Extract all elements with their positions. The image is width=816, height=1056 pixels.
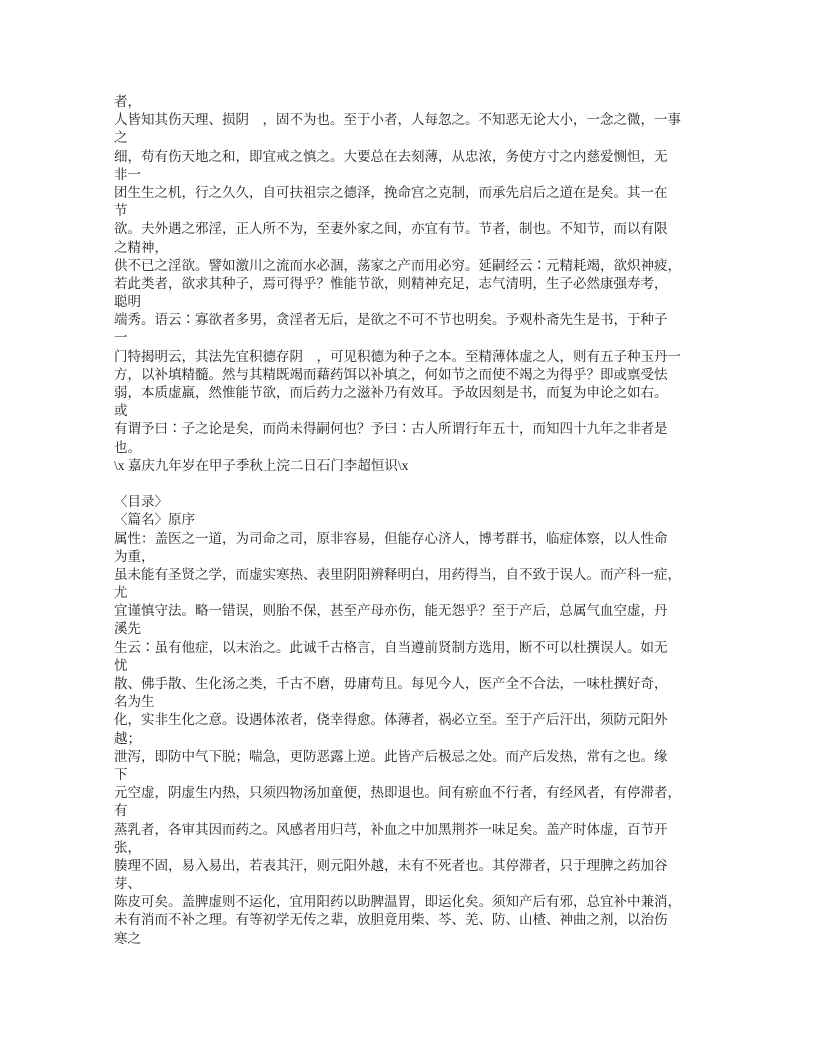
text-line: 弱，本质虚羸，然惟能节欲，而后药力之滋补乃有效耳。予故因刻是书，而复为申论之如右… xyxy=(114,384,714,402)
text-line: 元空虚，阴虚生内热，只须四物汤加童便，热即退也。间有瘀血不行者，有经风者，有停滞… xyxy=(114,784,714,802)
text-line: 下 xyxy=(114,766,714,784)
text-line: 虽未能有圣贤之学，而虚实寒热、表里阴阳辨释明白，用药得当，自不致于误人。而产科一… xyxy=(114,566,714,584)
text-line: 溪先 xyxy=(114,620,714,638)
text-line: 若此类者，欲求其种子，焉可得乎？惟能节欲，则精神充足，志气清明，生子必然康强寿考… xyxy=(114,275,714,293)
text-line: 端秀。语云∶寡欲者多男，贪淫者无后，是欲之不可不节也明矣。予观朴斋先生是书，于种… xyxy=(114,311,714,329)
text-line: \x 嘉庆九年岁在甲子季秋上浣二日石门李超恒识\x xyxy=(114,457,714,475)
text-line: 宜谨慎守法。略一错误，则胎不保，甚至产母亦伤，能无怨乎？至于产后，总属气血空虚，… xyxy=(114,602,714,620)
text-line: 散、佛手散、生化汤之类，千古不磨，毋庸苟且。每见今人，医产全不合法，一味杜撰好奇… xyxy=(114,675,714,693)
text-line: 张， xyxy=(114,839,714,857)
text-line: 越； xyxy=(114,730,714,748)
text-line: 忧 xyxy=(114,657,714,675)
text-line: 有 xyxy=(114,802,714,820)
text-line: 名为生 xyxy=(114,693,714,711)
text-line: 属性：盖医之一道，为司命之司，原非容易，但能存心济人，博考群书，临症体察，以人性… xyxy=(114,530,714,548)
document-text: 者，人皆知其伤天理、损阴 ，固不为也。至于小者，人每忽之。不知恶无论大小，一念之… xyxy=(114,93,714,948)
text-line: 未有消而不补之理。有等初学无传之辈，放胆竟用柴、芩、羌、防、山楂、神曲之剂，以治… xyxy=(114,911,714,929)
text-line: 者， xyxy=(114,93,714,111)
text-line: 之精神， xyxy=(114,239,714,257)
text-line: 团生生之机，行之久久，自可扶祖宗之德泽，挽命宫之克制，而承先启后之道在是矣。其一… xyxy=(114,184,714,202)
text-line: 方，以补填精髓。然与其精既竭而藉药饵以补填之，何如节之而使不竭之为得乎？即或禀受… xyxy=(114,366,714,384)
text-line: 泄泻，即防中气下脱；喘急，更防恶露上逆。此皆产后极忌之处。而产后发热，常有之也。… xyxy=(114,748,714,766)
text-line: 芽、 xyxy=(114,875,714,893)
text-line: 〈目录〉 xyxy=(114,493,714,511)
text-line: 腠理不固，易入易出，若表其汗，则元阳外越，未有不死者也。其停滞者，只于理脾之药加… xyxy=(114,857,714,875)
text-line: 也。 xyxy=(114,439,714,457)
text-line: 聪明 xyxy=(114,293,714,311)
text-line: 节 xyxy=(114,202,714,220)
text-line: 细，苟有伤天地之和，即宜戒之慎之。大要总在去刻薄，从忠浓，务使方寸之内慈爱恻怛，… xyxy=(114,148,714,166)
text-line: 非一 xyxy=(114,166,714,184)
text-line: 生云∶虽有他症，以末治之。此诚千古格言，自当遵前贤制方选用，断不可以杜撰误人。如… xyxy=(114,639,714,657)
text-line: 蒸乳者，各审其因而药之。风感者用归芎，补血之中加黑荆芥一味足矣。盖产时体虚，百节… xyxy=(114,821,714,839)
text-line: 陈皮可矣。盖脾虚则不运化，宜用阳药以助脾温胃，即运化矣。须知产后有邪，总宜补中兼… xyxy=(114,893,714,911)
text-line: 尤 xyxy=(114,584,714,602)
text-line: 为重， xyxy=(114,548,714,566)
text-line: 〈篇名〉原序 xyxy=(114,511,714,529)
text-line: 化，实非生化之意。设遇体浓者，侥幸得愈。体薄者，祸必立至。至于产后汗出，须防元阳… xyxy=(114,711,714,729)
text-line: 之 xyxy=(114,129,714,147)
text-line: 一 xyxy=(114,329,714,347)
text-line: 供不已之淫欲。譬如激川之流而水必涸，荡家之产而用必穷。延嗣经云∶元精耗竭，欲炽神… xyxy=(114,257,714,275)
text-line: 人皆知其伤天理、损阴 ，固不为也。至于小者，人每忽之。不知恶无论大小，一念之微，… xyxy=(114,111,714,129)
text-line: 有谓予曰∶子之论是矣，而尚未得嗣何也？予曰∶古人所谓行年五十，而知四十九年之非者… xyxy=(114,420,714,438)
document-page: 者，人皆知其伤天理、损阴 ，固不为也。至于小者，人每忽之。不知恶无论大小，一念之… xyxy=(0,0,816,1056)
text-line: 或 xyxy=(114,402,714,420)
text-line: 欲。夫外遇之邪淫，正人所不为，至妻外家之间，亦宜有节。节者，制也。不知节，而以有… xyxy=(114,220,714,238)
text-line: 门特揭明云，其法先宜积德存阴 ，可见积德为种子之本。至精薄体虚之人，则有五子种玉… xyxy=(114,348,714,366)
text-line: 寒之 xyxy=(114,930,714,948)
text-line xyxy=(114,475,714,493)
